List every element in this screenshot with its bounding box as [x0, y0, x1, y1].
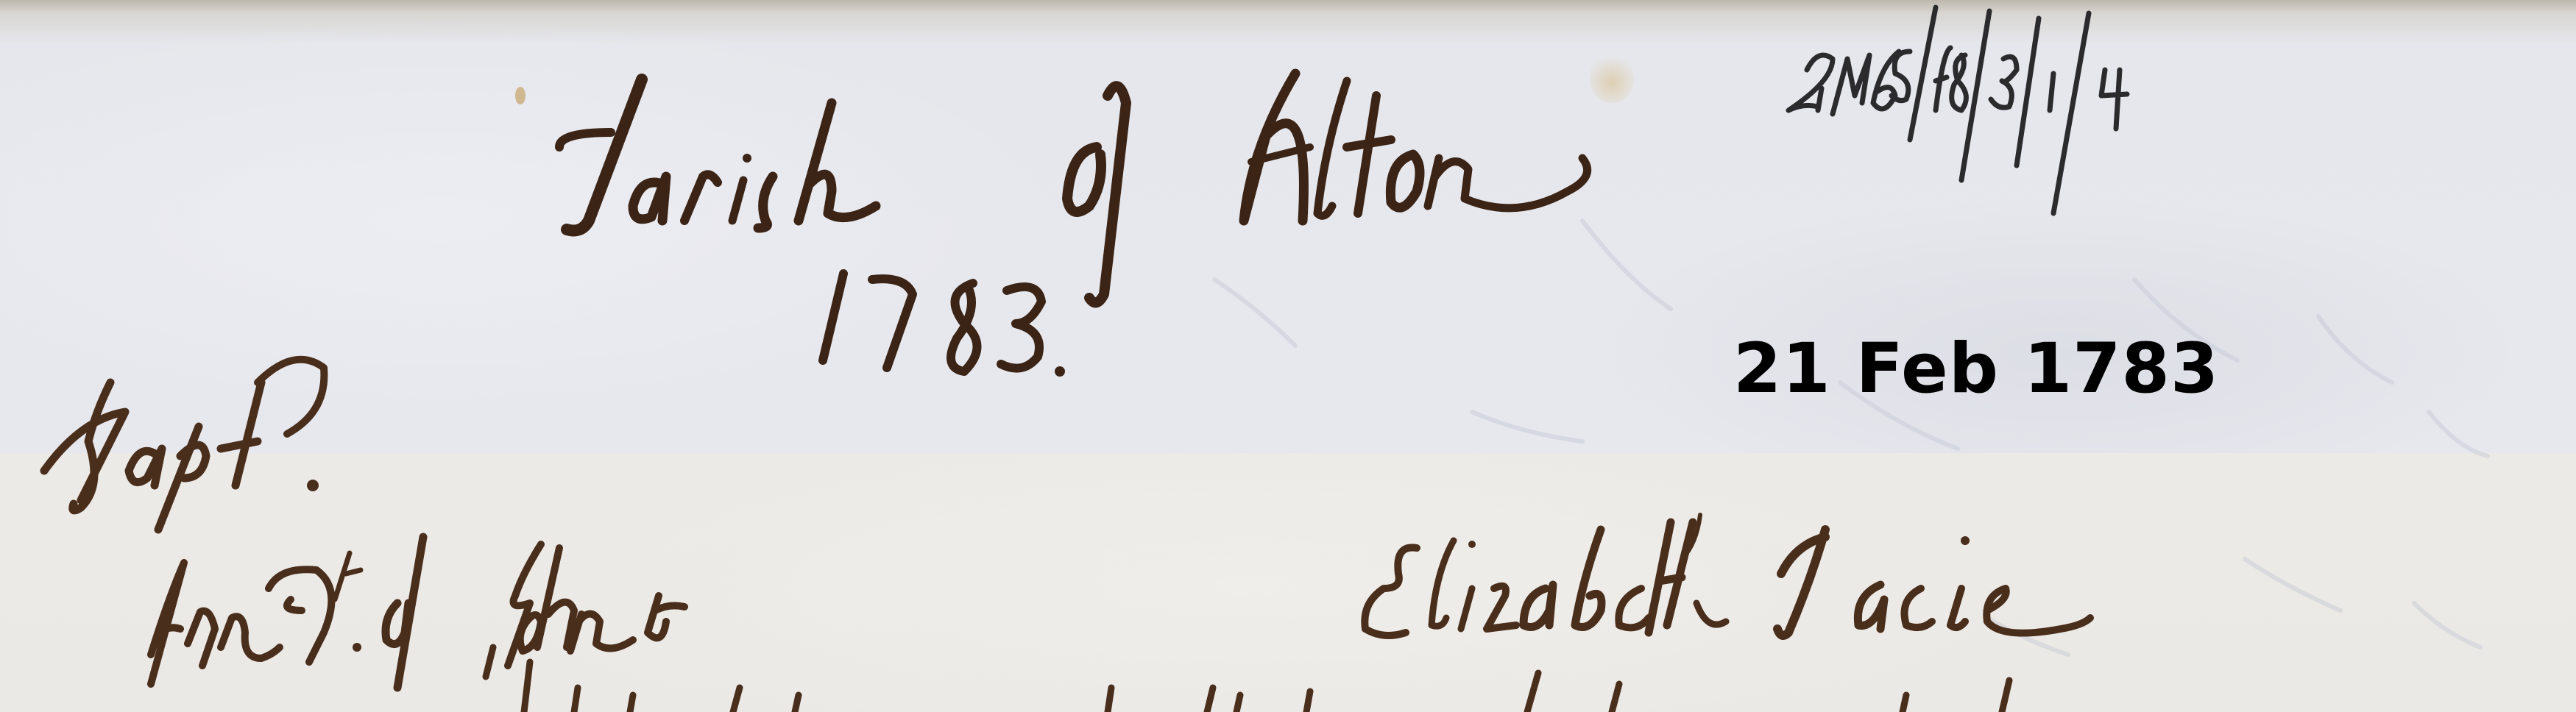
document-year: 1783: [810, 257, 1091, 368]
date-overlay-label: 21 Feb 1783: [1733, 335, 2219, 404]
document-title: Parish of Alton: [508, 81, 1334, 191]
document-viewer: Parish of Alton 1783 21M65/F8/3/1/4 Bapt…: [0, 0, 2576, 712]
baptism-entry: Ann Dr. of John & Elizabeth Pacie: [147, 544, 2027, 655]
section-heading-baptisms: Bapt.: [37, 353, 275, 441]
archive-reference: 21M65/F8/3/1/4: [1796, 29, 2516, 118]
